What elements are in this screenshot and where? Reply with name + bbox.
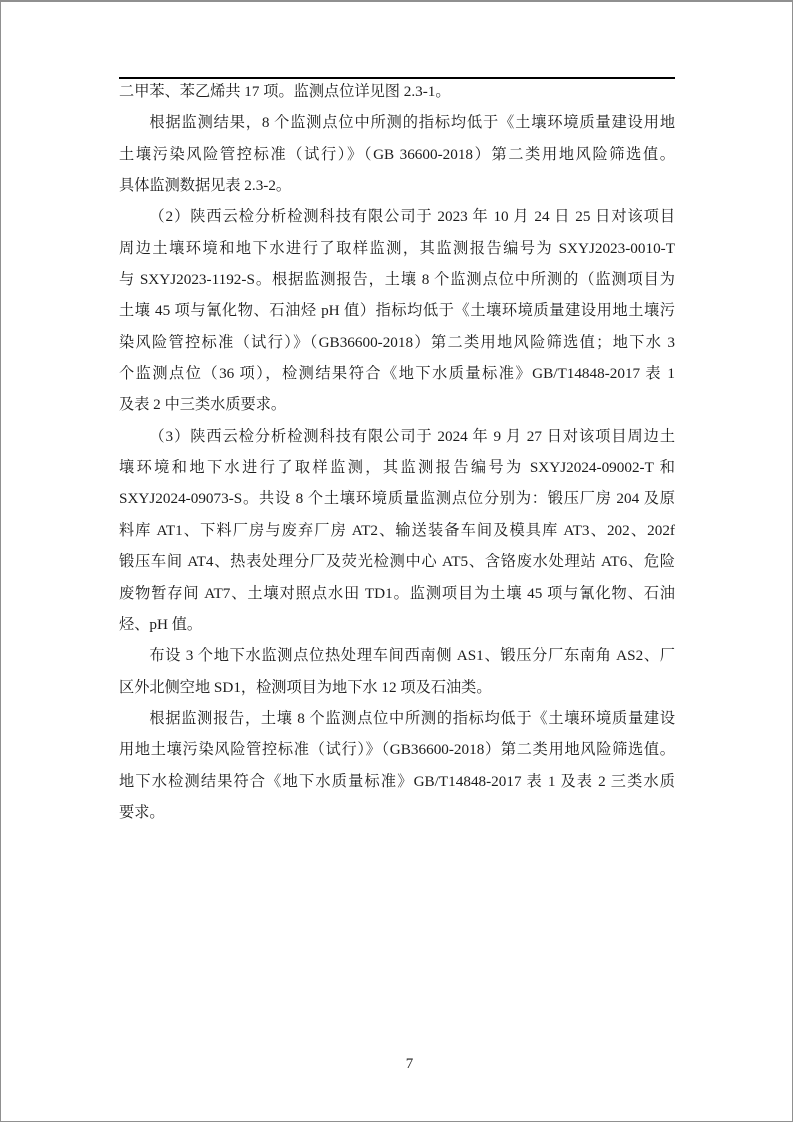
- document-line: 烃、pH 值。: [119, 609, 675, 640]
- document-body: 二甲苯、苯乙烯共 17 项。监测点位详见图 2.3-1。根据监测结果，8 个监测…: [119, 76, 675, 828]
- document-line: （2）陕西云检分析检测科技有限公司于 2023 年 10 月 24 日 25 日…: [119, 201, 675, 232]
- document-line: 个监测点位（36 项），检测结果符合《地下水质量标准》GB/T14848-201…: [119, 358, 675, 389]
- document-line: 染风险管控标准（试行）》（GB36600-2018）第二类用地风险筛选值；地下水…: [119, 327, 675, 358]
- document-line: 废物暂存间 AT7、土壤对照点水田 TD1。监测项目为土壤 45 项与氰化物、石…: [119, 578, 675, 609]
- document-line: 锻压车间 AT4、热表处理分厂及荧光检测中心 AT5、含铬废水处理站 AT6、危…: [119, 546, 675, 577]
- document-line: 周边土壤环境和地下水进行了取样监测，其监测报告编号为 SXYJ2023-0010…: [119, 233, 675, 264]
- document-page: 二甲苯、苯乙烯共 17 项。监测点位详见图 2.3-1。根据监测结果，8 个监测…: [0, 0, 793, 1122]
- document-line: 用地土壤污染风险管控标准（试行）》（GB36600-2018）第二类用地风险筛选…: [119, 734, 675, 765]
- document-line: 土壤污染风险管控标准（试行）》（GB 36600-2018）第二类用地风险筛选值…: [119, 139, 675, 170]
- document-line: 区外北侧空地 SD1，检测项目为地下水 12 项及石油类。: [119, 672, 675, 703]
- document-line: 布设 3 个地下水监测点位热处理车间西南侧 AS1、锻压分厂东南角 AS2、厂: [119, 640, 675, 671]
- document-line: 根据监测结果，8 个监测点位中所测的指标均低于《土壤环境质量建设用地: [119, 107, 675, 138]
- document-line: 与 SXYJ2023-1192-S。根据监测报告，土壤 8 个监测点位中所测的（…: [119, 264, 675, 295]
- document-line: （3）陕西云检分析检测科技有限公司于 2024 年 9 月 27 日对该项目周边…: [119, 421, 675, 452]
- document-line: 根据监测报告，土壤 8 个监测点位中所测的指标均低于《土壤环境质量建设: [119, 703, 675, 734]
- document-line: 地下水检测结果符合《地下水质量标准》GB/T14848-2017 表 1 及表 …: [119, 766, 675, 797]
- document-line: 二甲苯、苯乙烯共 17 项。监测点位详见图 2.3-1。: [119, 76, 675, 107]
- document-line: 料库 AT1、下料厂房与废弃厂房 AT2、输送装备车间及模具库 AT3、202、…: [119, 515, 675, 546]
- document-line: 及表 2 中三类水质要求。: [119, 389, 675, 420]
- page-number: 7: [406, 1056, 414, 1072]
- document-line: 土壤 45 项与氰化物、石油烃 pH 值）指标均低于《土壤环境质量建设用地土壤污: [119, 295, 675, 326]
- page-footer: 7: [119, 1054, 700, 1074]
- document-line: 具体监测数据见表 2.3-2。: [119, 170, 675, 201]
- document-line: 要求。: [119, 797, 675, 828]
- document-line: 壤环境和地下水进行了取样监测，其监测报告编号为 SXYJ2024-09002-T…: [119, 452, 675, 483]
- document-line: SXYJ2024-09073-S。共设 8 个土壤环境质量监测点位分别为：锻压厂…: [119, 483, 675, 514]
